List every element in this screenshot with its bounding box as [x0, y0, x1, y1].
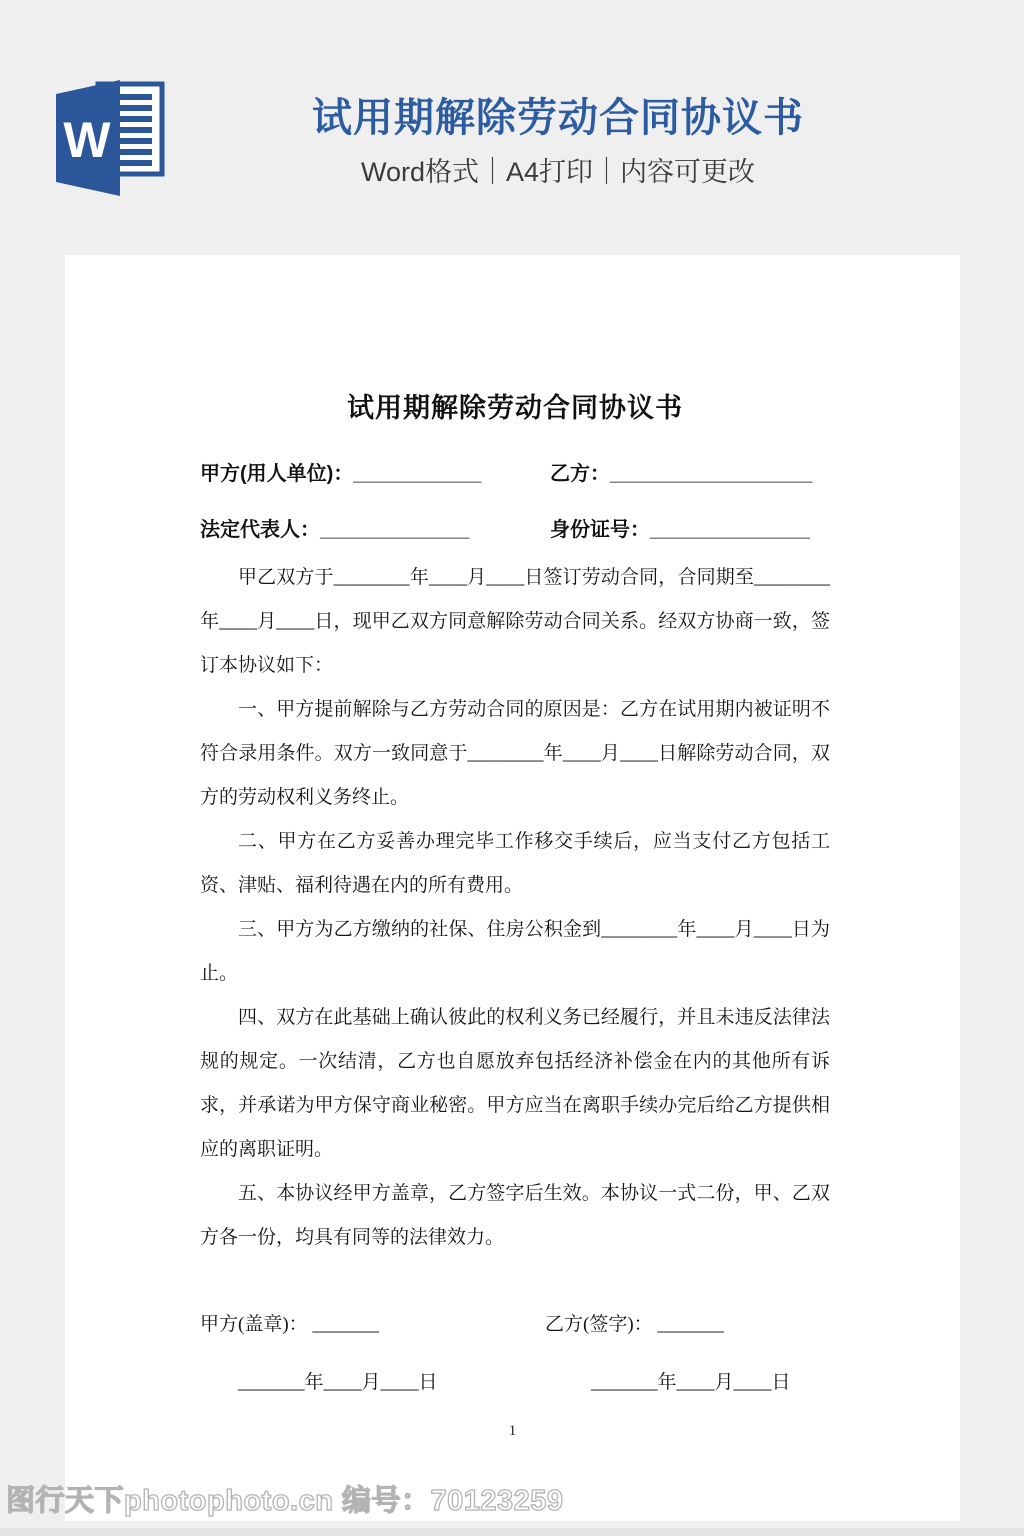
fields-row-2: 法定代表人：______________ 身份证号：______________…: [200, 516, 830, 544]
signature-date-party-a: _______年____月____日: [200, 1368, 545, 1398]
field-legal-rep-label: 法定代表人：: [200, 519, 320, 541]
site-watermark: 图行天下photophoto.cn 编号：70123259: [6, 1479, 564, 1523]
fields-row-1: 甲方(用人单位)：____________ 乙方：_______________…: [200, 460, 830, 488]
paragraph-clause-3: 三、甲方为乙方缴纳的社保、住房公积金到________年____月____日为止…: [200, 908, 830, 996]
template-subtitle: Word格式｜A4打印｜内容可更改: [0, 156, 1024, 188]
contract-body: 甲乙双方于________年____月____日签订劳动合同，合同期至_____…: [200, 556, 830, 1260]
bottom-strip: [0, 1528, 1024, 1536]
field-id-number: 身份证号：_______________: [550, 516, 830, 544]
field-party-b-blank: ___________________: [610, 463, 812, 485]
field-party-b-label: 乙方：: [550, 463, 610, 485]
paragraph-clause-1: 一、甲方提前解除与乙方劳动合同的原因是：乙方在试用期内被证明不符合录用条件。双方…: [200, 688, 830, 820]
signature-party-b-blank: _______: [653, 1314, 724, 1335]
field-party-a-label: 甲方(用人单位)：: [200, 463, 353, 485]
signature-party-b: 乙方(签字)： _______: [545, 1310, 724, 1340]
document-title: 试用期解除劳动合同协议书: [200, 393, 830, 423]
paragraph-clause-4: 四、双方在此基础上确认彼此的权利义务已经履行，并且未违反法律法规的规定。一次结清…: [200, 996, 830, 1172]
signature-date-row: _______年____月____日 _______年____月____日: [200, 1368, 830, 1398]
signature-party-a-blank: _______: [308, 1314, 379, 1335]
field-party-b: 乙方：___________________: [550, 460, 830, 488]
field-id-number-blank: _______________: [650, 519, 809, 541]
field-legal-rep-blank: ______________: [320, 519, 469, 541]
template-title: 试用期解除劳动合同协议书: [0, 95, 1024, 141]
field-legal-rep: 法定代表人：______________: [200, 516, 550, 544]
paragraph-clause-2: 二、甲方在乙方妥善办理完毕工作移交手续后，应当支付乙方包括工资、津贴、福利待遇在…: [200, 820, 830, 908]
field-id-number-label: 身份证号：: [550, 519, 650, 541]
signature-party-b-label: 乙方(签字)：: [545, 1314, 653, 1335]
page-number: 1: [65, 1423, 960, 1440]
party-fields: 甲方(用人单位)：____________ 乙方：_______________…: [200, 460, 830, 544]
field-party-a-blank: ____________: [353, 463, 480, 485]
signature-party-a-label: 甲方(盖章)：: [200, 1314, 308, 1335]
paragraph-clause-5: 五、本协议经甲方盖章，乙方签字后生效。本协议一式二份，甲、乙双方各一份，均具有同…: [200, 1172, 830, 1260]
screenshot-root: W 试用期解除劳动合同协议书 Word格式｜A4打印｜内容可更改 试用期解除劳动…: [0, 0, 1024, 1536]
signature-date-party-b: _______年____月____日: [545, 1368, 791, 1398]
paragraph-intro: 甲乙双方于________年____月____日签订劳动合同，合同期至_____…: [200, 556, 830, 688]
signature-row: 甲方(盖章)： _______ 乙方(签字)： _______: [200, 1310, 830, 1340]
signature-party-a: 甲方(盖章)： _______: [200, 1310, 545, 1340]
document-page: 试用期解除劳动合同协议书 甲方(用人单位)：____________ 乙方：__…: [65, 255, 960, 1521]
field-party-a: 甲方(用人单位)：____________: [200, 460, 550, 488]
